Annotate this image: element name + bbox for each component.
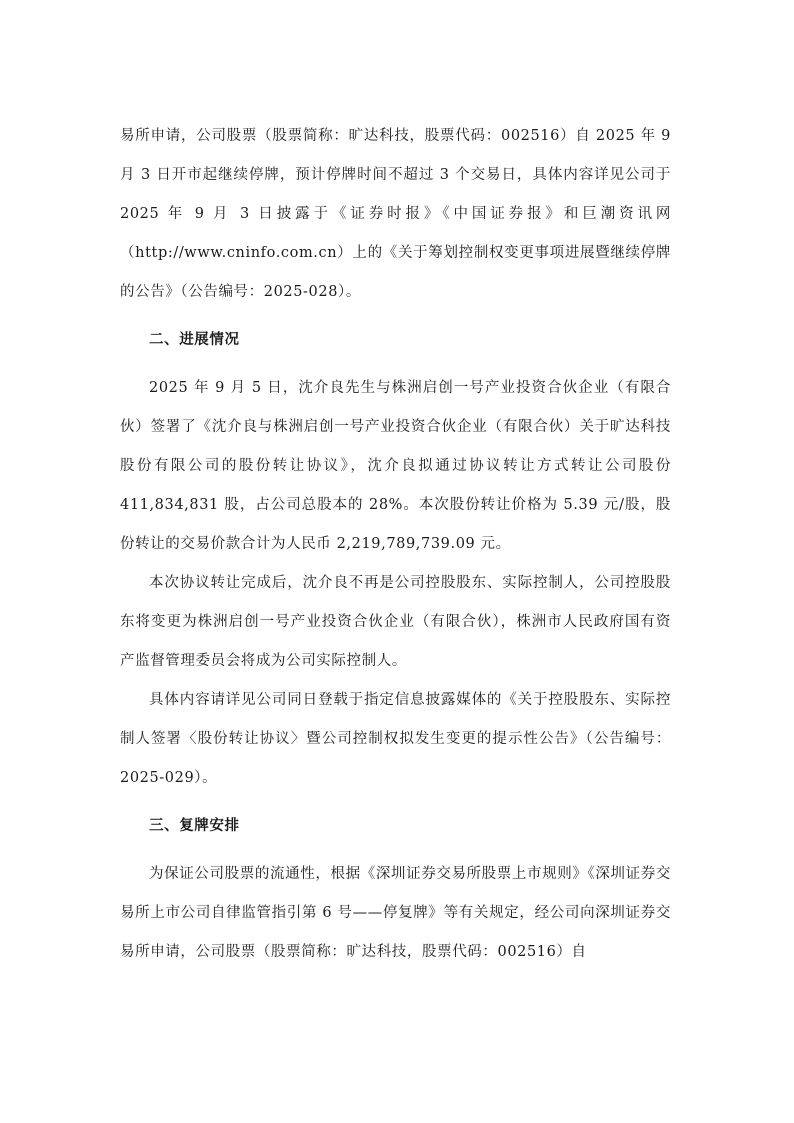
progress-paragraph-control-change: 本次协议转让完成后，沈介良不再是公司控股股东、实际控制人，公司控股股东将变更为株… (120, 564, 671, 681)
progress-paragraph-reference: 具体内容请详见公司同日登载于指定信息披露媒体的《关于控股股东、实际控制人签署〈股… (120, 681, 671, 798)
section-heading-progress: 二、进展情况 (120, 321, 671, 360)
document-page: 易所申请，公司股票（股票简称：旷达科技，股票代码：002516）自 2025 年… (120, 117, 671, 972)
progress-paragraph-agreement: 2025 年 9 月 5 日，沈介良先生与株洲启创一号产业投资合伙企业（有限合伙… (120, 369, 671, 564)
resumption-paragraph: 为保证公司股票的流通性，根据《深圳证券交易所股票上市规则》《深圳证券交易所上市公… (120, 855, 671, 972)
intro-paragraph: 易所申请，公司股票（股票简称：旷达科技，股票代码：002516）自 2025 年… (120, 117, 671, 312)
section-heading-resumption: 三、复牌安排 (120, 807, 671, 846)
